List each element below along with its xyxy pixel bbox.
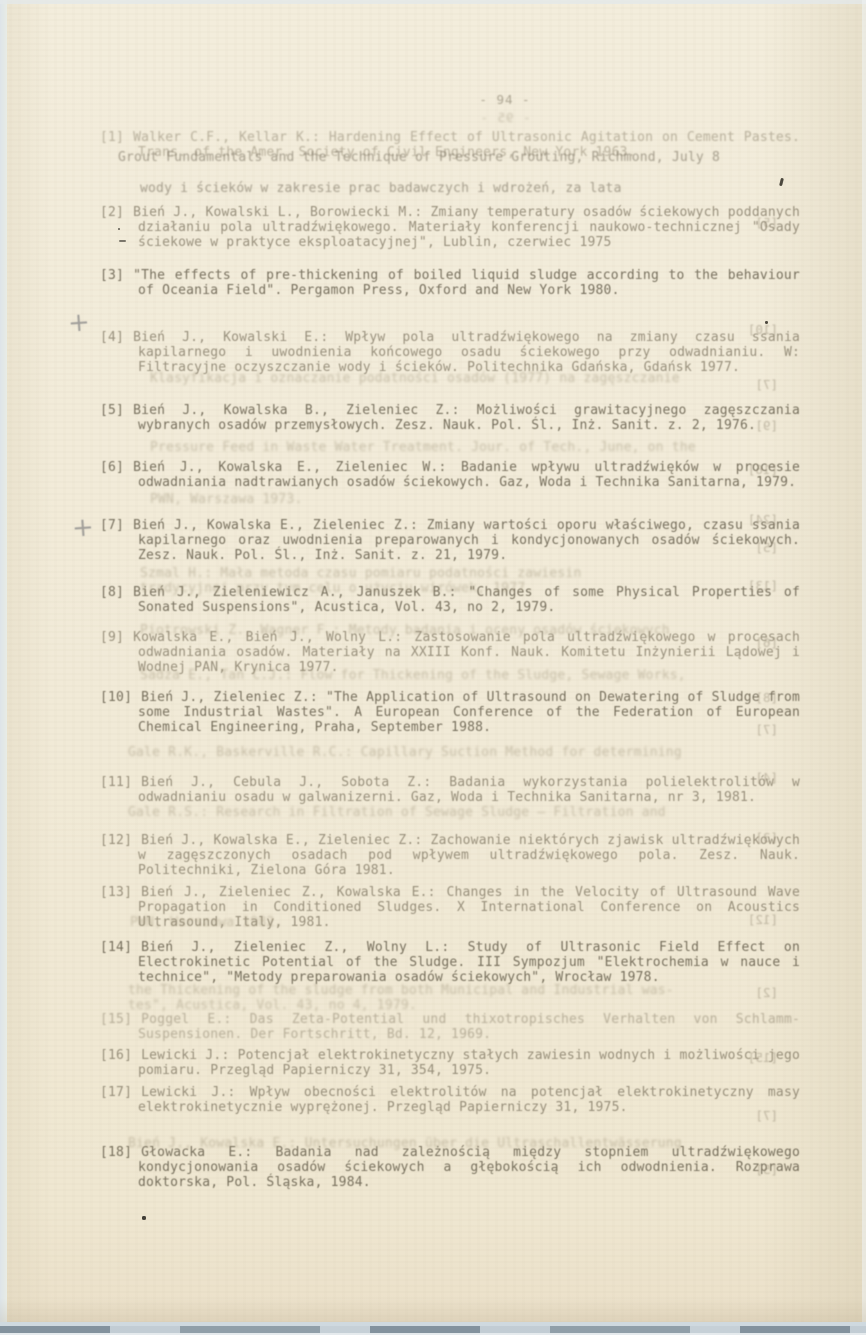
bleed-text: Sadza E., Tan C.J.: Flow for Thickening …	[140, 668, 750, 683]
reference-marker: [4]	[100, 330, 124, 345]
scan-edge-left	[0, 0, 7, 1335]
reference-marker: [8]	[100, 585, 124, 600]
reference-text: Bień J., Kowalski E.: Wpływ pola ultradź…	[133, 330, 800, 375]
bleed-text: Pressure Feed in Waste Water Treatment. …	[150, 440, 750, 455]
bleed-ref-marker: [16]	[744, 462, 778, 477]
reference-text: Lewicki J.: Wpływ obecności elektrolitów…	[138, 1085, 800, 1115]
reference-entry: [7]Bień J., Kowalska E., Zieleniec Z.: Z…	[100, 518, 800, 563]
ink-speck	[765, 321, 768, 324]
reference-marker: [14]	[100, 940, 132, 955]
reference-text: Bień J., Kowalski L., Borowiecki M.: Zmi…	[133, 205, 800, 250]
reference-marker: [11]	[100, 775, 132, 790]
reference-text: Lewicki J.: Potencjał elektrokinetyczny …	[138, 1048, 800, 1078]
bleed-ref-marker: [6]	[744, 635, 778, 650]
bleed-ref-marker: [7]	[744, 1108, 778, 1123]
ink-speck	[142, 1216, 146, 1220]
bleed-ref-marker: [12]	[744, 912, 778, 927]
reference-text: Bień J., Cebula J., Sobota Z.: Badania w…	[138, 775, 800, 805]
reference-marker: [6]	[100, 460, 124, 475]
scanned-bibliography-page: - 94 - - 95 - [1]Walker C.F., Kellar K.:…	[0, 0, 866, 1335]
reference-marker: [3]	[100, 268, 124, 283]
page-number: - 94 -	[440, 92, 570, 107]
reference-text: Bień J., Zieleniec Z.: "The Application …	[138, 690, 800, 735]
bleed-text: PWN, Warszawa 1982.	[130, 915, 430, 930]
bleed-text: PWN, Warszawa 1973.	[150, 492, 450, 507]
reference-entry: [17]Lewicki J.: Wpływ obecności elektrol…	[100, 1085, 800, 1115]
reference-entry: [12]Bień J., Kowalska E., Zieleniec Z.: …	[100, 833, 800, 878]
reference-marker: [7]	[100, 518, 124, 533]
bleed-ref-marker: [2]	[744, 985, 778, 1000]
paper-bottom-shadow	[0, 1298, 866, 1322]
ink-speck	[118, 228, 120, 230]
bleed-ref-marker: [5]	[744, 215, 778, 230]
bleed-text: Piotrowski Z., Wagner F.: Metody badania…	[140, 623, 750, 638]
reference-marker: [9]	[100, 630, 124, 645]
bleed-ref-marker: [8]	[744, 690, 778, 705]
bleed-ref-marker: [13]	[744, 578, 778, 593]
bleed-text: Gale R.S.: Research in Filtration of Sew…	[128, 805, 748, 820]
bleed-text: Klasyfikacja i oznaczanie podatności osa…	[150, 371, 750, 386]
reference-entry: [18]Głowacka E.: Badania nad zależnością…	[100, 1145, 800, 1190]
reference-marker: [15]	[100, 1012, 132, 1027]
bleed-text: wody i ścieków w zakresie prac badawczyc…	[140, 181, 760, 196]
scan-edge-top	[0, 0, 866, 4]
bleed-text: Bień J., Kowalska E.: Untersuchungen übe…	[128, 1136, 748, 1151]
reference-entry: [4]Bień J., Kowalski E.: Wpływ pola ultr…	[100, 330, 800, 375]
bleed-ref-marker: [24]	[744, 512, 778, 527]
bleed-ref-marker: [3]	[744, 830, 778, 845]
reference-marker: [10]	[100, 690, 132, 705]
reference-entry: [15]Poggel E.: Das Zeta-Potential und th…	[100, 1012, 800, 1042]
reference-text: Poggel E.: Das Zeta-Potential und thixot…	[138, 1012, 800, 1042]
reference-marker: [5]	[100, 403, 124, 418]
reference-text: Bień J., Zieleniec Z., Wolny L.: Study o…	[138, 940, 800, 985]
reference-entry: [10]Bień J., Zieleniec Z.: "The Applicat…	[100, 690, 800, 735]
bleed-text: Szmal H.: Mała metoda czasu pomiaru poda…	[140, 566, 750, 596]
bleed-page-number: - 95 -	[440, 110, 570, 125]
reference-entry: [3]"The effects of pre-thickening of boi…	[100, 268, 800, 298]
reference-text: Bień J., Kowalska E., Zieleniec W.: Bada…	[133, 460, 800, 490]
reference-entry: [14]Bień J., Zieleniec Z., Wolny L.: Stu…	[100, 940, 800, 985]
ink-speck	[779, 178, 784, 186]
reference-text: "The effects of pre-thickening of boiled…	[133, 268, 800, 298]
bleed-ref-marker: [7]	[744, 377, 778, 392]
bleed-text: Grout Fundamentals and the Technique of …	[118, 150, 758, 165]
reference-entry: [5]Bień J., Kowalska B., Zieleniec Z.: M…	[100, 403, 800, 433]
pencil-plus-mark: +	[71, 512, 95, 543]
bleed-ref-marker: [15]	[744, 1050, 778, 1065]
reference-marker: [1]	[100, 130, 124, 145]
reference-entry: [16]Lewicki J.: Potencjał elektrokinetyc…	[100, 1048, 800, 1078]
reference-text: Bień J., Kowalska E., Zieleniec Z.: Zach…	[138, 833, 800, 878]
reference-text: Głowacka E.: Badania nad zależnością mię…	[138, 1145, 800, 1190]
bleed-text: Gale R.K., Baskerville R.C.: Capillary S…	[128, 745, 748, 760]
reference-entry: [6]Bień J., Kowalska E., Zieleniec W.: B…	[100, 460, 800, 490]
reference-marker: [16]	[100, 1048, 132, 1063]
reference-marker: [13]	[100, 885, 132, 900]
scan-edge-right	[862, 0, 866, 1335]
bleed-ref-marker: [10]	[744, 322, 778, 337]
bleed-ref-marker: [5]	[744, 540, 778, 555]
reference-entry: [11]Bień J., Cebula J., Sobota Z.: Badan…	[100, 775, 800, 805]
ink-speck	[119, 240, 126, 242]
bleed-ref-marker: [9]	[744, 418, 778, 433]
bleed-ref-marker: [4]	[744, 770, 778, 785]
reference-marker: [2]	[100, 205, 124, 220]
scanner-dashes	[0, 1326, 866, 1333]
bleed-ref-marker: [7]	[744, 722, 778, 737]
reference-entry: [2]Bień J., Kowalski L., Borowiecki M.: …	[100, 205, 800, 250]
bleed-text: the Thickening of the sludge from both M…	[128, 983, 748, 1013]
reference-text: Bień J., Kowalska E., Zieleniec Z.: Zmia…	[133, 518, 800, 563]
pencil-plus-mark: +	[67, 307, 91, 338]
reference-text: Bień J., Kowalska B., Zieleniec Z.: Możl…	[133, 403, 800, 433]
reference-marker: [12]	[100, 833, 132, 848]
reference-marker: [17]	[100, 1085, 132, 1100]
bleed-ref-marker: [5]	[744, 1162, 778, 1177]
